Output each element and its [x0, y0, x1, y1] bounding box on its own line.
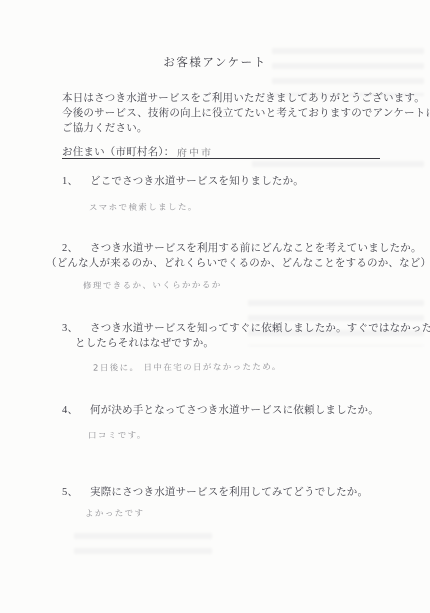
survey-document-page: お客様アンケート 本日はさつき水道サービスをご利用いただきましてありがとうござい…: [0, 0, 430, 613]
handwritten-answer: 口コミです。: [88, 429, 147, 441]
bleed-through-mark: [252, 161, 424, 173]
question-text: どこでさつき水道サービスを知りましたか。: [90, 175, 304, 189]
question-text: さつき水道サービスを利用する前にどんなことを考えていましたか。: [90, 242, 422, 256]
question-text: としたらそれはなぜですか。: [75, 337, 214, 351]
handwritten-answer: 修理できるか、いくらかかるか: [83, 279, 222, 292]
question-number: 4、: [62, 404, 78, 418]
handwritten-answer: スマホで検索しました。: [89, 201, 198, 214]
question-note: （どんな人が来るのか、どれくらいでくるのか、どんなことをするのか、など）: [46, 257, 430, 271]
handwritten-answer: 2日後に。 日中在宅の日がなかったため。: [93, 360, 282, 373]
question-text: さつき水道サービスを知ってすぐに依頼しましたか。すぐではなかった: [90, 322, 430, 336]
bleed-through-mark: [74, 533, 212, 561]
question-number: 1、: [62, 175, 78, 189]
intro-line: ご協力ください。: [62, 122, 148, 136]
handwritten-answer: よかったです: [85, 507, 144, 519]
question-text: 何が決め手となってさつき水道サービスに依頼しましたか。: [90, 404, 379, 418]
question-number: 5、: [62, 486, 78, 500]
question-number: 3、: [62, 322, 78, 336]
page-title: お客様アンケート: [0, 56, 430, 70]
intro-line: 本日はさつき水道サービスをご利用いただきましてありがとうございます。: [62, 92, 425, 106]
residence-underline: [62, 158, 380, 159]
intro-line: 今後のサービス、技術の向上に役立てたいと考えておりますのでアンケートに: [62, 107, 430, 121]
handwritten-residence: 府中市: [177, 144, 213, 159]
question-number: 2、: [62, 242, 78, 256]
question-text: 実際にさつき水道サービスを利用してみてどうでしたか。: [90, 486, 368, 500]
